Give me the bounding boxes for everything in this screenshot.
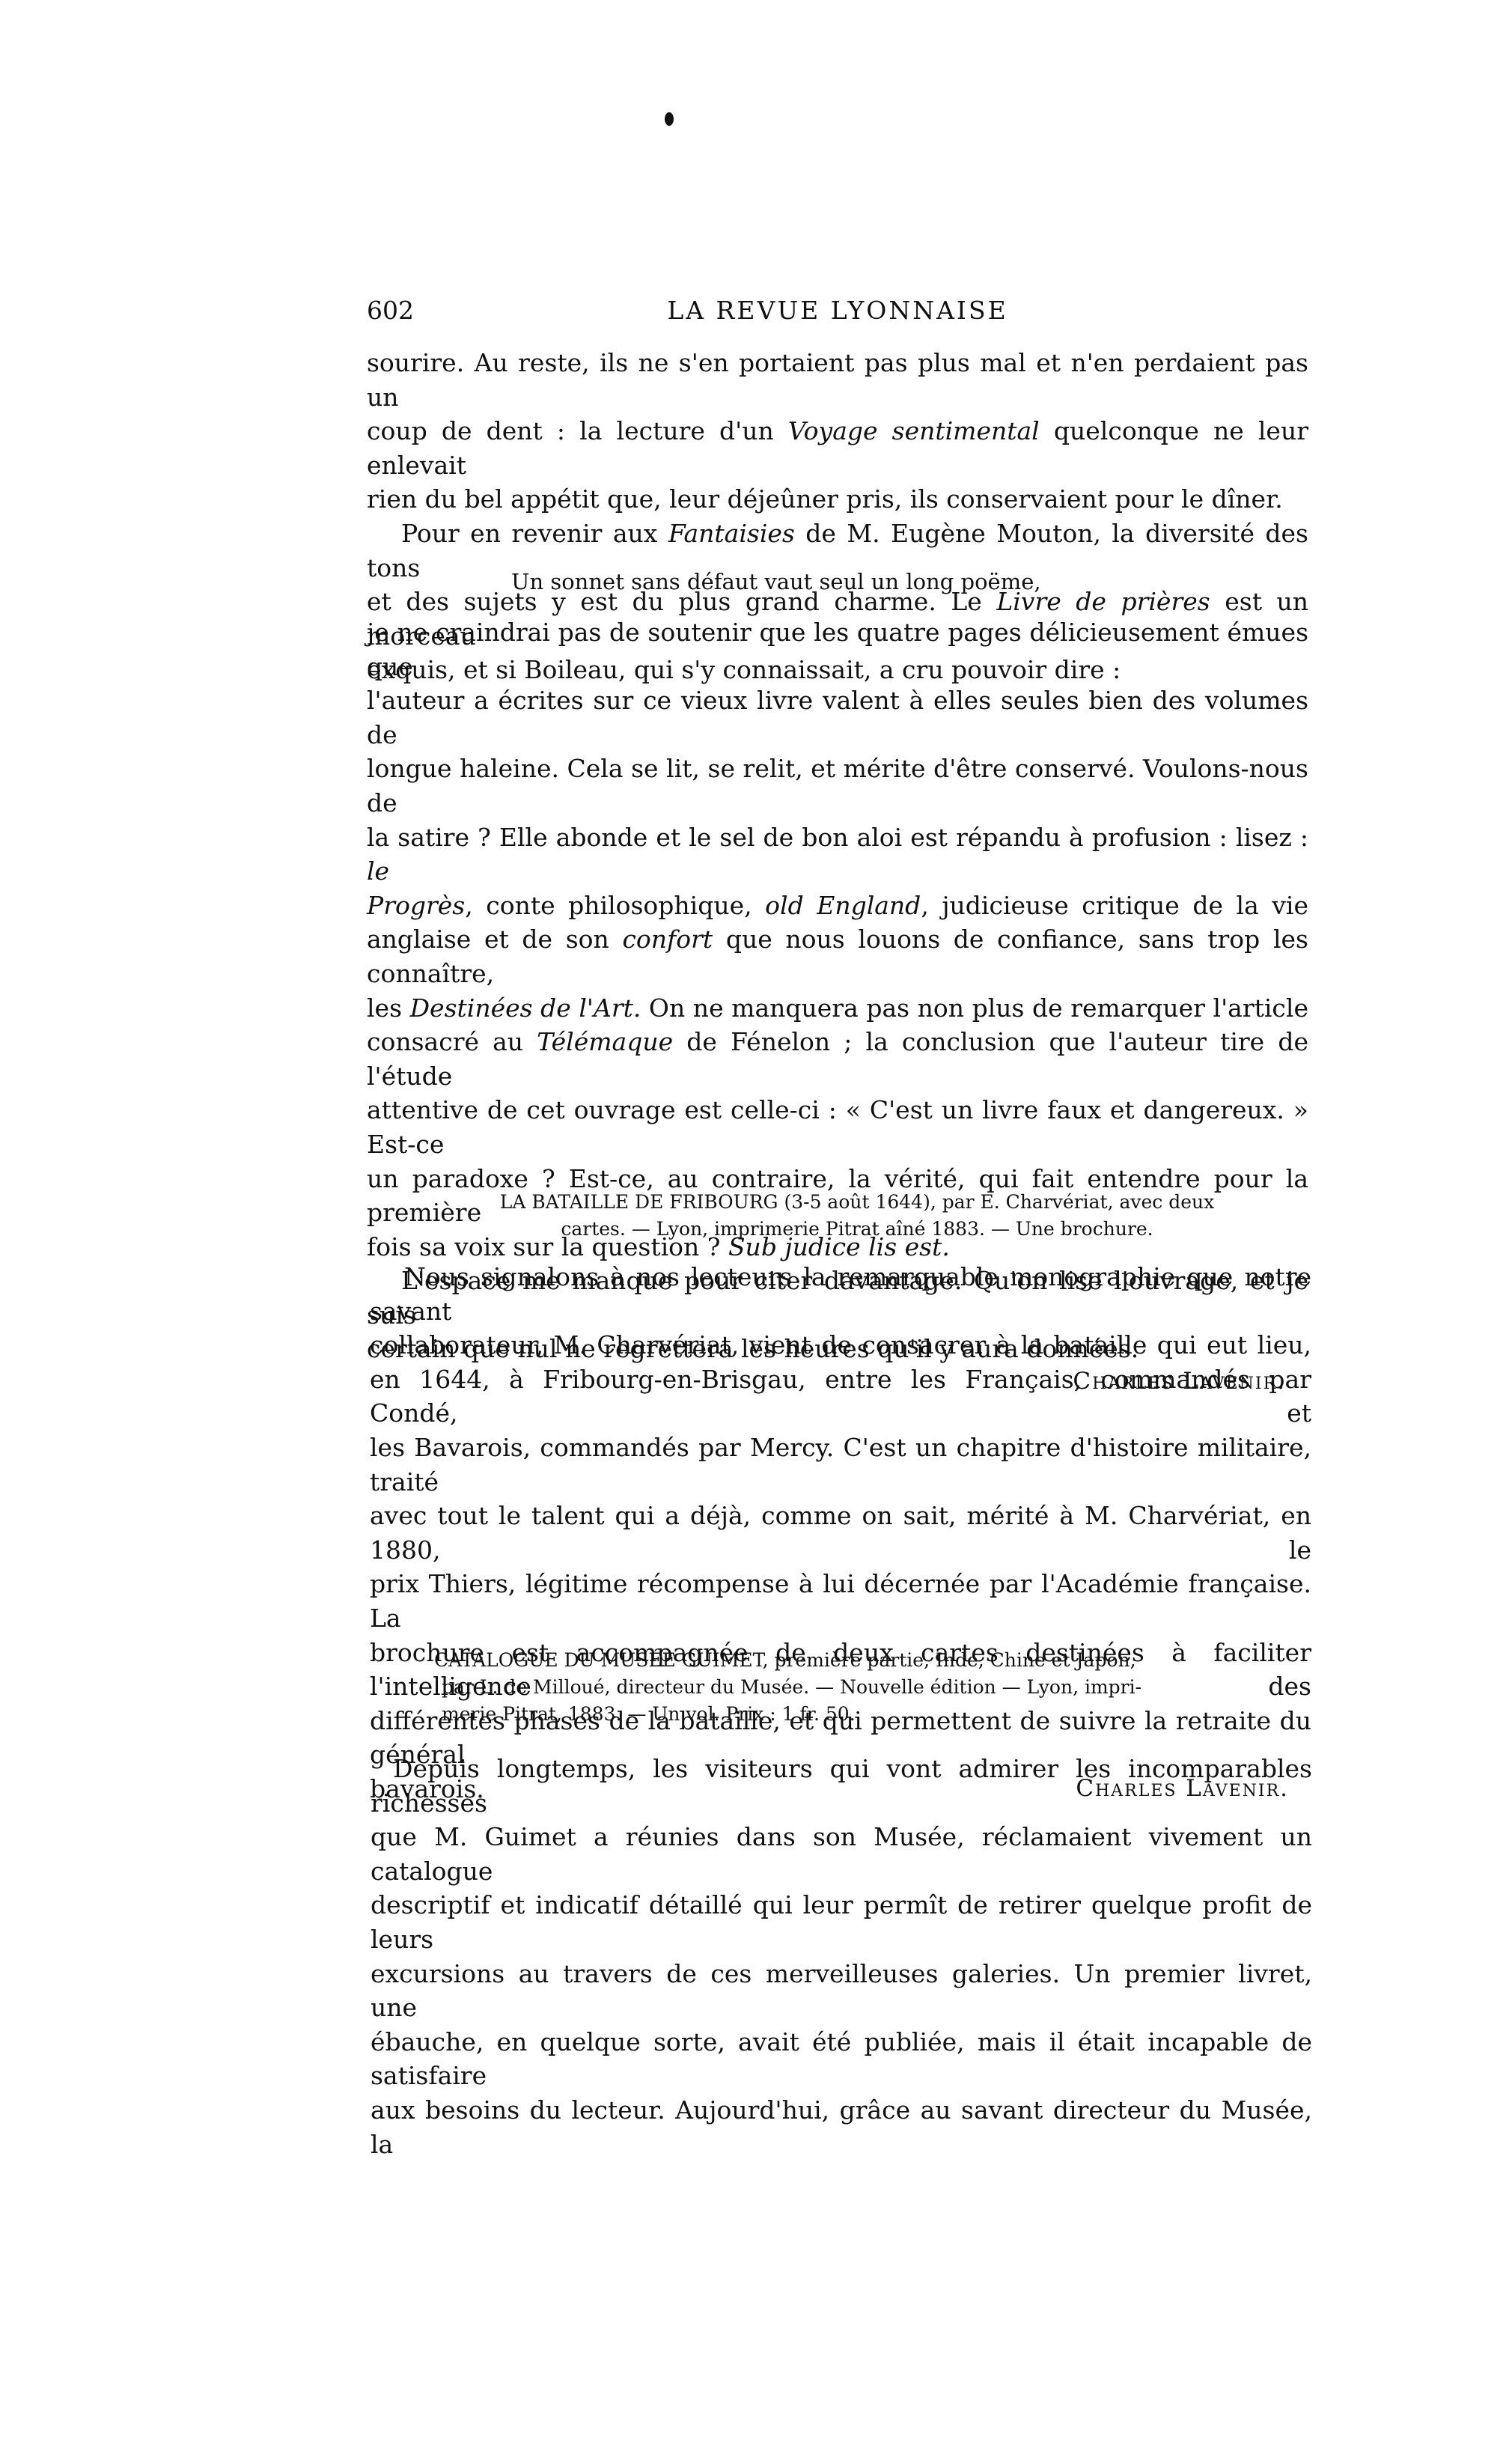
text-line: longue haleine. Cela se lit, se relit, e… [367, 752, 1308, 820]
text-line: ébauche, en quelque sorte, avait été pub… [371, 2025, 1312, 2093]
text-line: coup de dent : la lecture d'un Voyage se… [367, 414, 1308, 482]
running-head: LA REVUE LYONNAISE [367, 296, 1308, 325]
italic-title: Progrès [367, 891, 465, 920]
text-line: sourire. Au reste, ils ne s'en portaient… [367, 346, 1308, 414]
italic-title: Fantaisies [668, 519, 795, 548]
italic-title: confort [622, 925, 713, 954]
text-line: collaborateur, M. Charvériat, vient de c… [370, 1328, 1311, 1362]
book-reference-fribourg: LA BATAILLE DE FRIBOURG (3-5 août 1644),… [427, 1189, 1287, 1243]
reference-line: merie Pitrat, 1883. — Un vol. Prix : 1 f… [434, 1701, 1265, 1728]
text-line: Nous signalons à nos lecteurs la remarqu… [370, 1260, 1311, 1328]
text-line: rien du bel appétit que, leur déjeûner p… [367, 482, 1308, 517]
text-line: l'auteur a écrites sur ce vieux livre va… [367, 683, 1308, 752]
text-line: aux besoins du lecteur. Aujourd'hui, grâ… [371, 2093, 1312, 2161]
text-line: les Bavarois, commandés par Mercy. C'est… [370, 1431, 1311, 1499]
page-header: 602 LA REVUE LYONNAISE [367, 296, 1308, 333]
paragraph-3: je ne craindrai pas de soutenir que les … [367, 615, 1308, 1264]
book-reference-guimet: CATALOGUE DU MUSÉE GUIMET, première part… [434, 1647, 1265, 1728]
text-line: les Destinées de l'Art. On ne manquera p… [367, 991, 1308, 1026]
italic-title: Destinées de l'Art. [410, 993, 641, 1023]
text-line: en 1644, à Fribourg-en-Brisgau, entre le… [370, 1362, 1311, 1431]
reference-line: CATALOGUE DU MUSÉE GUIMET, première part… [434, 1647, 1265, 1674]
text-line: Progrès, conte philosophique, old Englan… [367, 889, 1308, 923]
text-line: anglaise et de son confort que nous louo… [367, 922, 1308, 990]
text-line: attentive de cet ouvrage est celle-ci : … [367, 1093, 1308, 1161]
verse-quotation: Un sonnet sans défaut vaut seul un long … [511, 569, 1041, 594]
text-line: avec tout le talent qui a déjà, comme on… [370, 1499, 1311, 1567]
text-line: consacré au Télémaque de Fénelon ; la co… [367, 1025, 1308, 1093]
italic-title: Voyage sentimental [788, 416, 1040, 445]
text-line: descriptif et indicatif détaillé qui leu… [371, 1888, 1312, 1956]
reference-line: cartes. — Lyon, imprimerie Pitrat aîné 1… [427, 1216, 1287, 1243]
text-line: Depuis longtemps, les visiteurs qui vont… [371, 1752, 1312, 1820]
review-guimet: Depuis longtemps, les visiteurs qui vont… [371, 1752, 1312, 2161]
text-line: je ne craindrai pas de soutenir que les … [367, 615, 1308, 683]
paragraph-1: sourire. Au reste, ils ne s'en portaient… [367, 346, 1308, 517]
italic-title: Télémaque [537, 1027, 673, 1056]
italic-title: le [367, 856, 389, 886]
italic-title: old England [765, 891, 921, 920]
text-line: excursions au travers de ces merveilleus… [371, 1957, 1312, 2025]
text-line: prix Thiers, légitime récompense à lui d… [370, 1567, 1311, 1635]
text-line: la satire ? Elle abonde et le sel de bon… [367, 820, 1308, 889]
reference-line: LA BATAILLE DE FRIBOURG (3-5 août 1644),… [427, 1189, 1287, 1216]
reference-line: par L. de Milloué, directeur du Musée. —… [434, 1674, 1265, 1701]
ink-blot [665, 112, 674, 126]
text-line: que M. Guimet a réunies dans son Musée, … [371, 1820, 1312, 1888]
